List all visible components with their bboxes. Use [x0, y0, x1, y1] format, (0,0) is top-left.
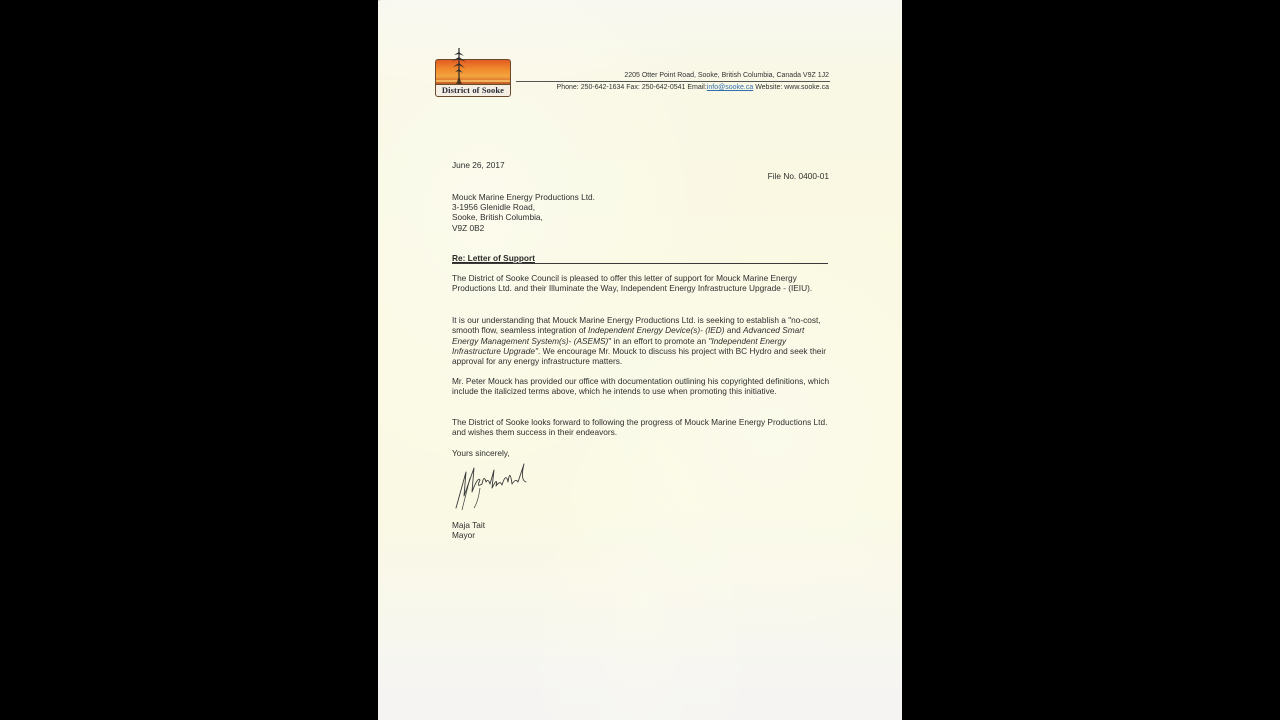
logo-sunset-image: District of Sooke — [435, 59, 511, 97]
recipient-postal-code: V9Z 0B2 — [452, 223, 595, 233]
letterhead-divider — [516, 81, 830, 82]
tree-icon — [451, 46, 467, 86]
page-corner-fold — [378, 0, 406, 15]
email-label: Email: — [687, 84, 706, 91]
phone-label: Phone: — [557, 84, 579, 91]
phone-number: 250-642-1634 — [581, 84, 625, 91]
letterhead-address: 2205 Otter Point Road, Sooke, British Co… — [624, 72, 829, 79]
logo-water-line — [436, 80, 510, 82]
website-label: Website: — [755, 84, 782, 91]
email-link[interactable]: info@sooke.ca — [707, 84, 753, 91]
paragraph-2: It is our understanding that Mouck Marin… — [452, 315, 830, 366]
paragraph-4: The District of Sooke looks forward to f… — [452, 417, 830, 438]
paragraph-3: Mr. Peter Mouck has provided our office … — [452, 376, 830, 397]
recipient-street: 3-1956 Glenidle Road, — [452, 202, 595, 212]
letter-page: District of Sooke 2205 Otter Point Road,… — [378, 0, 902, 720]
document-viewer: District of Sooke 2205 Otter Point Road,… — [0, 0, 1280, 720]
fax-label: Fax: — [626, 84, 640, 91]
website-url: www.sooke.ca — [784, 84, 829, 91]
signature-image — [450, 458, 540, 513]
subject-text: Re: Letter of Support — [452, 253, 535, 263]
logo-label: District of Sooke — [436, 84, 510, 96]
letter-date: June 26, 2017 — [452, 160, 505, 170]
recipient-company: Mouck Marine Energy Productions Ltd. — [452, 192, 595, 202]
subject-line: Re: Letter of Support — [452, 253, 828, 264]
paragraph-1: The District of Sooke Council is pleased… — [452, 273, 830, 294]
term-ied: Independent Energy Device(s)- (IED) — [588, 325, 725, 335]
fax-number: 250-642-0541 — [642, 84, 686, 91]
signer-name: Maja Tait — [452, 520, 485, 530]
closing: Yours sincerely, — [452, 448, 510, 458]
paragraph-2-part-3: " in an effort to promote an — [608, 336, 708, 346]
recipient-city: Sooke, British Columbia, — [452, 212, 595, 222]
file-number: File No. 0400-01 — [768, 171, 829, 181]
letterhead-contact: Phone: 250-642-1634 Fax: 250-642-0541 Em… — [557, 84, 829, 91]
signer-title: Mayor — [452, 530, 475, 540]
paragraph-2-part-2: and — [725, 325, 743, 335]
recipient-address: Mouck Marine Energy Productions Ltd. 3-1… — [452, 192, 595, 233]
district-of-sooke-logo: District of Sooke — [435, 46, 511, 97]
